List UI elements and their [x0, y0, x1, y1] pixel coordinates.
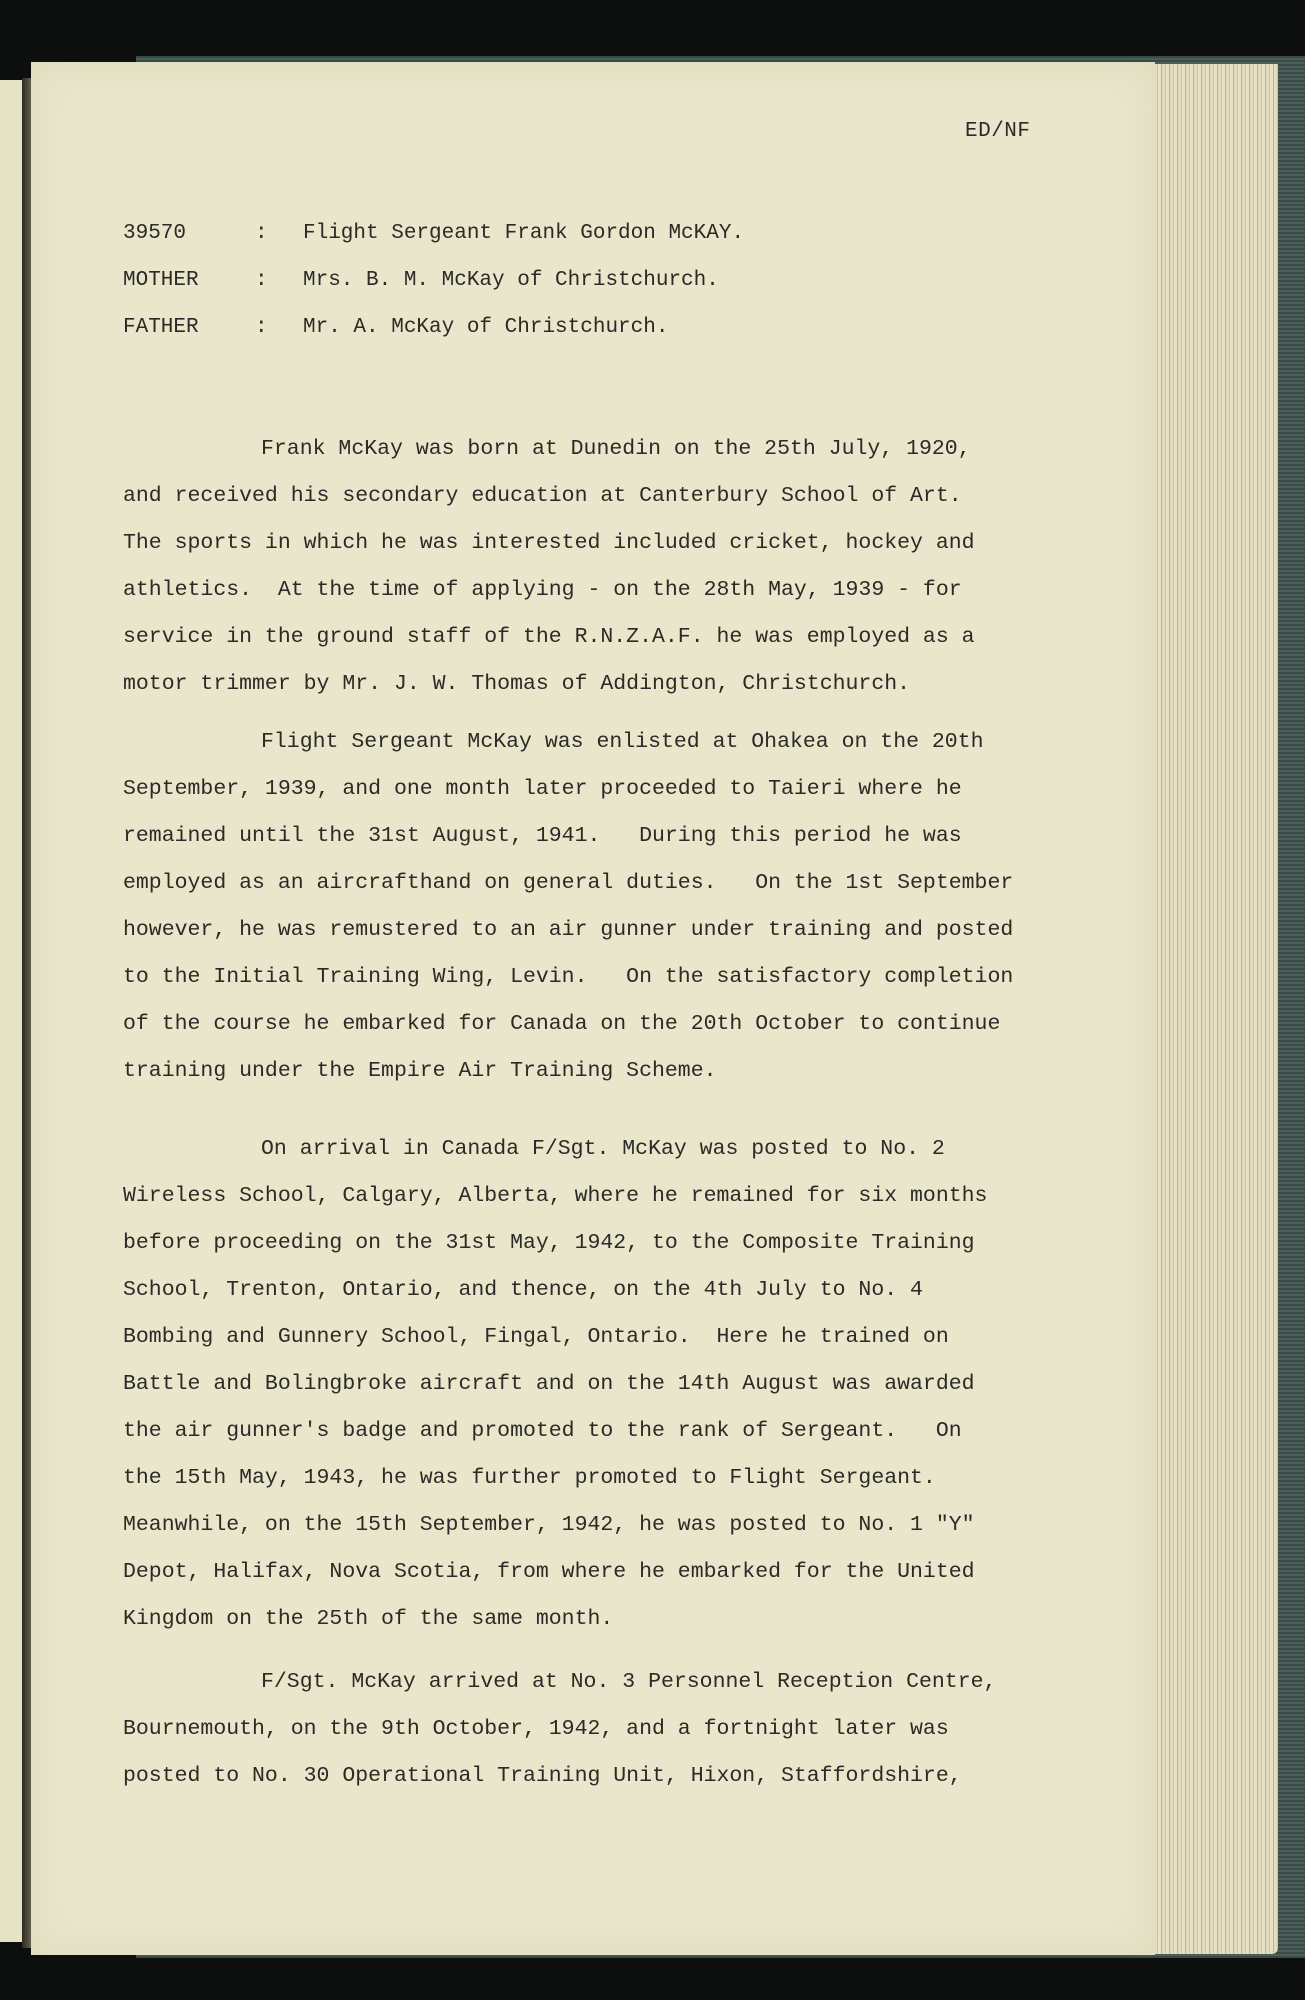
text-line: athletics. At the time of applying - on …: [123, 575, 1133, 622]
text-line: The sports in which he was interested in…: [123, 528, 1133, 575]
text-line: Depot, Halifax, Nova Scotia, from where …: [123, 1557, 1133, 1604]
text-line: Bombing and Gunnery School, Fingal, Onta…: [123, 1322, 1133, 1369]
text-line: Battle and Bolingbroke aircraft and on t…: [123, 1369, 1133, 1416]
header-father: FATHER:Mr. A. McKay of Christchurch.: [123, 316, 668, 339]
paragraph-early-life: Frank McKay was born at Dunedin on the 2…: [123, 434, 1133, 716]
header-value: Flight Sergeant Frank Gordon McKAY.: [303, 222, 744, 245]
text-line: service in the ground staff of the R.N.Z…: [123, 622, 1133, 669]
colon: :: [255, 269, 303, 292]
paragraph-canada: On arrival in Canada F/Sgt. McKay was po…: [123, 1134, 1133, 1651]
colon: :: [255, 316, 303, 339]
text-line: posted to No. 30 Operational Training Un…: [123, 1761, 1133, 1808]
reference-code: ED/NF: [965, 120, 1031, 143]
header-value: Mrs. B. M. McKay of Christchurch.: [303, 269, 719, 292]
text-line: Kingdom on the 25th of the same month.: [123, 1604, 1133, 1651]
text-line: School, Trenton, Ontario, and thence, on…: [123, 1275, 1133, 1322]
paragraph-enlistment: Flight Sergeant McKay was enlisted at Oh…: [123, 727, 1133, 1103]
text-line: before proceeding on the 31st May, 1942,…: [123, 1228, 1133, 1275]
text-line: the 15th May, 1943, he was further promo…: [123, 1463, 1133, 1510]
text-line: and received his secondary education at …: [123, 481, 1133, 528]
text-line: of the course he embarked for Canada on …: [123, 1009, 1133, 1056]
text-line: F/Sgt. McKay arrived at No. 3 Personnel …: [123, 1667, 1133, 1714]
text-line: Wireless School, Calgary, Alberta, where…: [123, 1181, 1133, 1228]
text-line: training under the Empire Air Training S…: [123, 1056, 1133, 1103]
header-key: MOTHER: [123, 269, 255, 292]
text-line: the air gunner's badge and promoted to t…: [123, 1416, 1133, 1463]
text-line: Flight Sergeant McKay was enlisted at Oh…: [123, 727, 1133, 774]
text-line: Bournemouth, on the 9th October, 1942, a…: [123, 1714, 1133, 1761]
text-line: to the Initial Training Wing, Levin. On …: [123, 962, 1133, 1009]
text-line: remained until the 31st August, 1941. Du…: [123, 821, 1133, 868]
text-line: September, 1939, and one month later pro…: [123, 774, 1133, 821]
header-service-number: 39570:Flight Sergeant Frank Gordon McKAY…: [123, 222, 744, 245]
header-key: 39570: [123, 222, 255, 245]
previous-page-edge: [0, 80, 22, 1942]
colon: :: [255, 222, 303, 245]
header-mother: MOTHER:Mrs. B. M. McKay of Christchurch.: [123, 269, 719, 292]
document-page: ED/NF 39570:Flight Sergeant Frank Gordon…: [31, 62, 1155, 1955]
header-key: FATHER: [123, 316, 255, 339]
header-value: Mr. A. McKay of Christchurch.: [303, 316, 668, 339]
text-line: On arrival in Canada F/Sgt. McKay was po…: [123, 1134, 1133, 1181]
text-line: however, he was remustered to an air gun…: [123, 915, 1133, 962]
text-line: Meanwhile, on the 15th September, 1942, …: [123, 1510, 1133, 1557]
text-line: motor trimmer by Mr. J. W. Thomas of Add…: [123, 669, 1133, 716]
text-line: employed as an aircrafthand on general d…: [123, 868, 1133, 915]
paragraph-united-kingdom: F/Sgt. McKay arrived at No. 3 Personnel …: [123, 1667, 1133, 1808]
text-line: Frank McKay was born at Dunedin on the 2…: [123, 434, 1133, 481]
page-stack-edge: [1154, 64, 1278, 1954]
